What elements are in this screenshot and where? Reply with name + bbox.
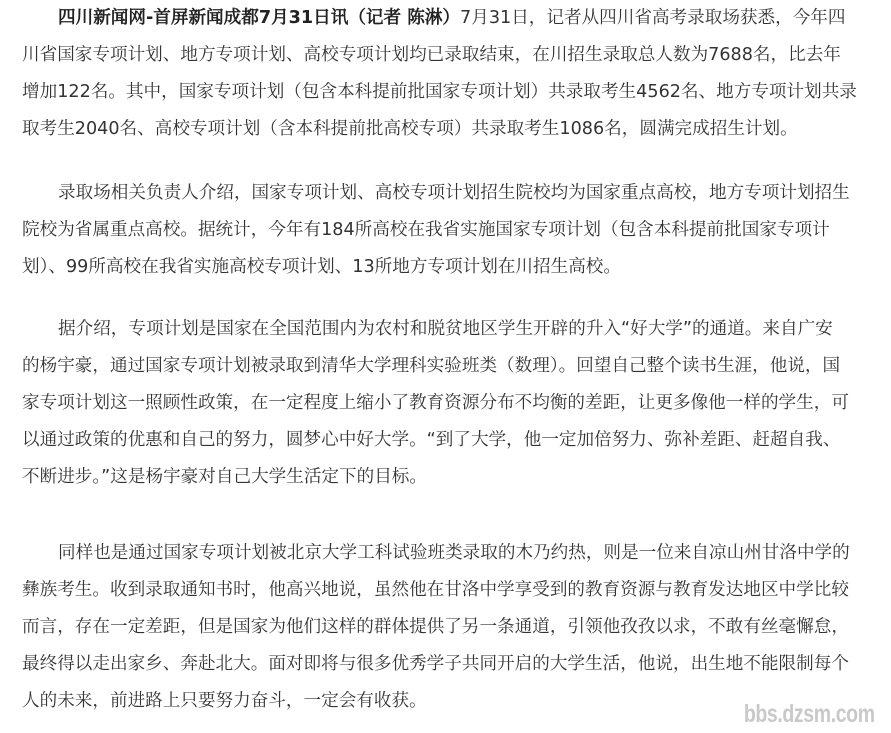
paragraph-line: 院校为省属重点高校。据统计，今年有184所高校在我省实施国家专项计划（包含本科提… <box>22 212 872 249</box>
paragraph-4: 同样也是通过国家专项计划被北京大学工科试验班类录取的木乃约热，则是一位来自凉山州… <box>22 535 872 720</box>
site-watermark: bbs.dzsm.com <box>744 700 875 729</box>
paragraph-line: 划）、99所高校在我省实施高校专项计划、13所地方专项计划在川招生高校。 <box>22 249 872 286</box>
paragraph-line: 增加122名。其中，国家专项计划（包含本科提前批国家专项计划）共录取考生4562… <box>22 74 872 111</box>
paragraph-line: 的杨宇豪，通过国家专项计划被录取到清华大学理科实验班类（数理）。回望自己整个读书… <box>22 348 872 385</box>
paragraph-line: 取考生2040名、高校专项计划（含本科提前批高校专项）共录取考生1086名，圆满… <box>22 111 872 148</box>
paragraph-line: 录取场相关负责人介绍，国家专项计划、高校专项计划招生院校均为国家重点高校，地方专… <box>22 175 872 212</box>
paragraph-3: 据介绍，专项计划是国家在全国范围内为农村和脱贫地区学生开辟的升入“好大学”的通道… <box>22 311 872 496</box>
paragraph-line: 四川新闻网-首屏新闻成都7月31日讯（记者 陈淋）7月31日，记者从四川省高考录… <box>22 0 872 37</box>
article-body: 四川新闻网-首屏新闻成都7月31日讯（记者 陈淋）7月31日，记者从四川省高考录… <box>22 0 872 720</box>
paragraph-line: 据介绍，专项计划是国家在全国范围内为农村和脱贫地区学生开辟的升入“好大学”的通道… <box>22 311 872 348</box>
paragraph-2: 录取场相关负责人介绍，国家专项计划、高校专项计划招生院校均为国家重点高校，地方专… <box>22 175 872 286</box>
paragraph-line: 同样也是通过国家专项计划被北京大学工科试验班类录取的木乃约热，则是一位来自凉山州… <box>22 535 872 572</box>
paragraph-line: 川省国家专项计划、地方专项计划、高校专项计划均已录取结束，在川招生录取总人数为7… <box>22 37 872 74</box>
paragraph-line: 不断进步。”这是杨宇豪对自己大学生活定下的目标。 <box>22 459 872 496</box>
article-dateline: 四川新闻网-首屏新闻成都7月31日讯（记者 陈淋） <box>58 8 460 28</box>
paragraph-line: 彝族考生。收到录取通知书时，他高兴地说，虽然他在甘洛中学享受到的教育资源与教育发… <box>22 572 872 609</box>
paragraph-line: 以通过政策的优惠和自己的努力，圆梦心中好大学。“到了大学，他一定加倍努力、弥补差… <box>22 422 872 459</box>
paragraph-1: 四川新闻网-首屏新闻成都7月31日讯（记者 陈淋）7月31日，记者从四川省高考录… <box>22 0 872 148</box>
paragraph-line: 家专项计划这一照顾性政策，在一定程度上缩小了教育资源分布不均衡的差距，让更多像他… <box>22 385 872 422</box>
paragraph-line: 最终得以走出家乡、奔赴北大。面对即将与很多优秀学子共同开启的大学生活，他说，出生… <box>22 646 872 683</box>
paragraph-line: 而言，存在一定差距，但是国家为他们这样的群体提供了另一条通道，引领他孜孜以求，不… <box>22 609 872 646</box>
